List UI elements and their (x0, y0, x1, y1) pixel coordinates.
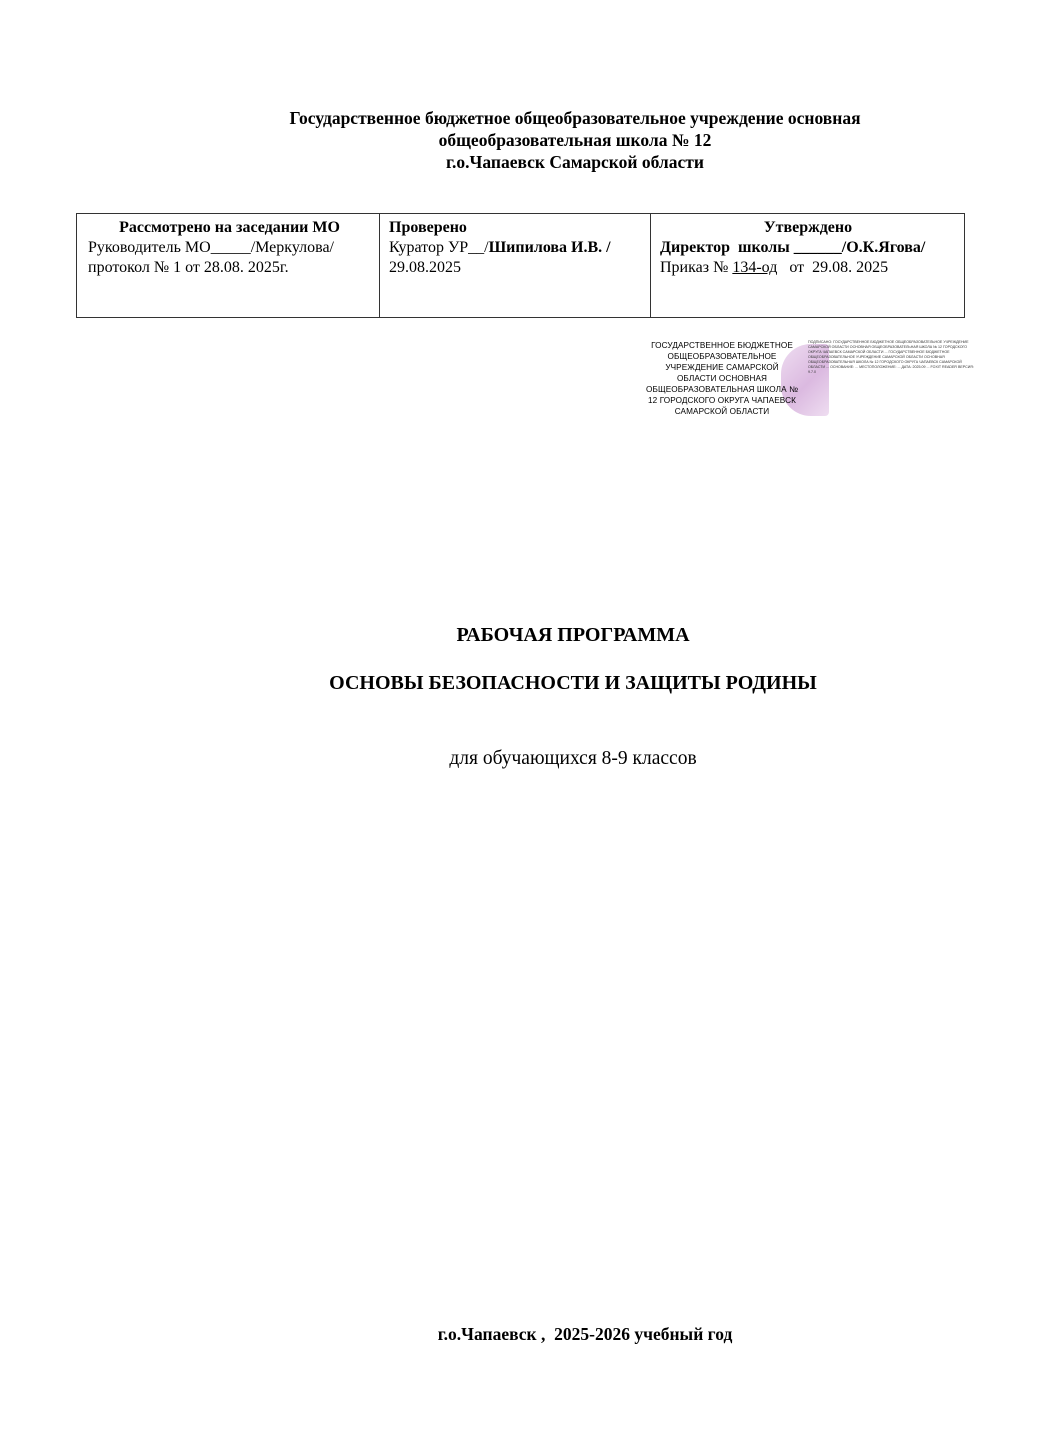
document-title: РАБОЧАЯ ПРОГРАММА (0, 624, 1058, 647)
digital-signature-stamp: ГОСУДАРСТВЕННОЕ БЮДЖЕТНОЕ ОБЩЕОБРАЗОВАТЕ… (636, 340, 976, 420)
checked-cell: Проверено Куратор УР__/Шипилова И.В. / 2… (379, 214, 650, 317)
approved-line-1: Директор школы ______/О.К.Ягова/ (660, 238, 956, 258)
stamp-org-line: ОБЩЕОБРАЗОВАТЕЛЬНОЕ (636, 351, 808, 362)
stamp-org-line: УЧРЕЖДЕНИЕ САМАРСКОЙ (636, 362, 808, 373)
reviewed-cell: Рассмотрено на заседании МО Руководитель… (77, 214, 379, 317)
checked-name: Шипилова И.В. / (489, 239, 611, 256)
approved-title: Утверждено (660, 218, 956, 238)
approved-cell: Утверждено Директор школы ______/О.К.Яго… (650, 214, 964, 317)
stamp-org-line: ОБЛАСТИ ОСНОВНАЯ (636, 373, 808, 384)
checked-date: 29.08.2025 (389, 258, 642, 278)
stamp-org-line: 12 ГОРОДСКОГО ОКРУГА ЧАПАЕВСК (636, 395, 808, 406)
reviewed-line-2: протокол № 1 от 28.08. 2025г. (88, 258, 371, 278)
checked-line-1: Куратор УР__/Шипилова И.В. / (389, 238, 642, 258)
footer-place-year: г.о.Чапаевск , 2025-2026 учебный год (0, 1324, 1058, 1345)
header-line-2: общеобразовательная школа № 12 (150, 129, 1000, 151)
audience-subtitle: для обучающихся 8-9 классов (0, 748, 1058, 770)
reviewed-line-1: Руководитель МО_____/Меркулова/ (88, 238, 371, 258)
header-line-3: г.о.Чапаевск Самарской области (150, 151, 1000, 173)
school-header: Государственное бюджетное общеобразовате… (150, 107, 1000, 173)
checked-role: Куратор УР__/ (389, 239, 489, 256)
checked-title: Проверено (389, 218, 642, 238)
order-number: 134-од (732, 259, 777, 276)
stamp-org-line: ГОСУДАРСТВЕННОЕ БЮДЖЕТНОЕ (636, 340, 808, 351)
header-line-1: Государственное бюджетное общеобразовате… (150, 107, 1000, 129)
order-date: от 29.08. 2025 (777, 259, 888, 276)
approved-line-2: Приказ № 134-од от 29.08. 2025 (660, 258, 956, 278)
order-prefix: Приказ № (660, 259, 732, 276)
stamp-org-name: ГОСУДАРСТВЕННОЕ БЮДЖЕТНОЕ ОБЩЕОБРАЗОВАТЕ… (636, 340, 808, 417)
stamp-org-line: ОБЩЕОБРАЗОВАТЕЛЬНАЯ ШКОЛА № (636, 384, 808, 395)
reviewed-title: Рассмотрено на заседании МО (88, 218, 371, 238)
approval-table: Рассмотрено на заседании МО Руководитель… (76, 213, 965, 318)
stamp-org-line: САМАРСКОЙ ОБЛАСТИ (636, 406, 808, 417)
subject-title: ОСНОВЫ БЕЗОПАСНОСТИ И ЗАЩИТЫ РОДИНЫ (0, 672, 1058, 695)
stamp-details: Подписано: ГОСУДАРСТВЕННОЕ БЮДЖЕТНОЕ ОБЩ… (808, 340, 978, 375)
